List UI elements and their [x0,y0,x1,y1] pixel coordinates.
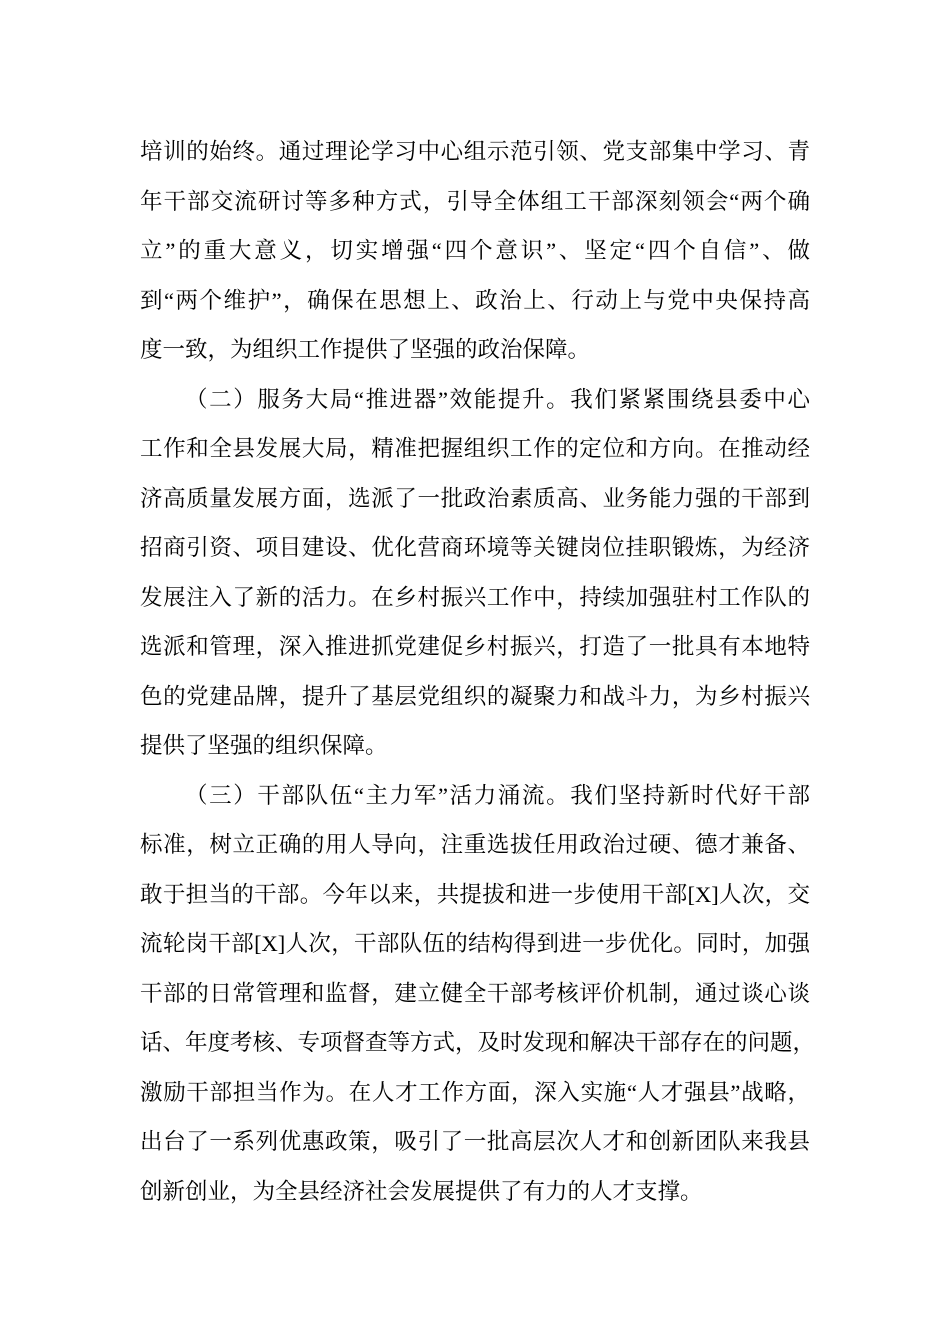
text-line: 出台了一系列优惠政策，吸引了一批高层次人才和创新团队来我县 [140,1117,810,1167]
text-line: 到“两个维护”，确保在思想上、政治上、行动上与党中央保持高 [140,276,810,326]
text-line: 干部的日常管理和监督，建立健全干部考核评价机制，通过谈心谈 [140,969,810,1019]
paragraph: 培训的始终。通过理论学习中心组示范引领、党支部集中学习、青 年干部交流研讨等多种… [140,127,810,375]
text-line: 提供了坚强的组织保障。 [140,721,810,771]
document-page: 培训的始终。通过理论学习中心组示范引领、党支部集中学习、青 年干部交流研讨等多种… [0,0,950,1344]
text-line: 敢于担当的干部。今年以来，共提拔和进一步使用干部[X]人次，交 [140,870,810,920]
paragraph: （二）服务大局“推进器”效能提升。我们紧紧围绕县委中心 工作和全县发展大局，精准… [140,375,810,771]
text-line: 激励干部担当作为。在人才工作方面，深入实施“人才强县”战略， [140,1068,810,1118]
text-line: （三）干部队伍“主力军”活力涌流。我们坚持新时代好干部 [140,771,810,821]
text-line: 年干部交流研讨等多种方式，引导全体组工干部深刻领会“两个确 [140,177,810,227]
text-line: 标准，树立正确的用人导向，注重选拔任用政治过硬、德才兼备、 [140,820,810,870]
text-line: 色的党建品牌，提升了基层党组织的凝聚力和战斗力，为乡村振兴 [140,672,810,722]
paragraph: （三）干部队伍“主力军”活力涌流。我们坚持新时代好干部 标准，树立正确的用人导向… [140,771,810,1217]
text-line: 济高质量发展方面，选派了一批政治素质高、业务能力强的干部到 [140,474,810,524]
text-line: （二）服务大局“推进器”效能提升。我们紧紧围绕县委中心 [140,375,810,425]
text-line: 创新创业，为全县经济社会发展提供了有力的人才支撑。 [140,1167,810,1217]
text-line: 话、年度考核、专项督查等方式，及时发现和解决干部存在的问题， [140,1018,810,1068]
text-line: 度一致，为组织工作提供了坚强的政治保障。 [140,325,810,375]
text-line: 发展注入了新的活力。在乡村振兴工作中，持续加强驻村工作队的 [140,573,810,623]
text-line: 流轮岗干部[X]人次，干部队伍的结构得到进一步优化。同时，加强 [140,919,810,969]
text-line: 培训的始终。通过理论学习中心组示范引领、党支部集中学习、青 [140,127,810,177]
text-line: 招商引资、项目建设、优化营商环境等关键岗位挂职锻炼，为经济 [140,523,810,573]
text-line: 工作和全县发展大局，精准把握组织工作的定位和方向。在推动经 [140,424,810,474]
text-block: 培训的始终。通过理论学习中心组示范引领、党支部集中学习、青 年干部交流研讨等多种… [140,127,810,1216]
text-line: 立”的重大意义，切实增强“四个意识”、坚定“四个自信”、做 [140,226,810,276]
text-line: 选派和管理，深入推进抓党建促乡村振兴，打造了一批具有本地特 [140,622,810,672]
